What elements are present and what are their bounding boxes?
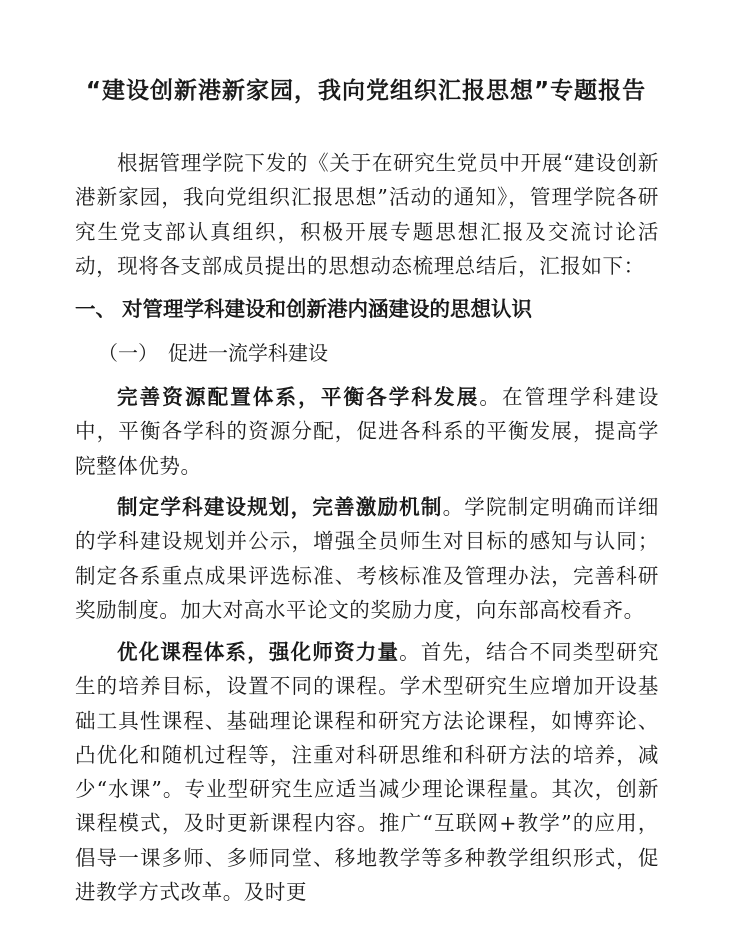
intro-paragraph: 根据管理学院下发的《关于在研究生党员中开展“建设创新港新家园，我向党组织汇报思想… bbox=[75, 146, 659, 283]
paragraph-lead: 制定学科建设规划，完善激励机制 bbox=[117, 495, 443, 519]
document-page: “建设创新港新家园，我向党组织汇报思想”专题报告 根据管理学院下发的《关于在研究… bbox=[0, 0, 732, 950]
paragraph-discipline-planning: 制定学科建设规划，完善激励机制。学院制定明确而详细的学科建设规划并公示，增强全员… bbox=[75, 490, 659, 627]
paragraph-lead: 优化课程体系，强化师资力量 bbox=[117, 640, 399, 664]
paragraph-resource-allocation: 完善资源配置体系，平衡各学科发展。在管理学科建设中，平衡各学科的资源分配，促进各… bbox=[75, 380, 659, 483]
paragraph-curriculum: 优化课程体系，强化师资力量。首先，结合不同类型研究生的培养目标，设置不同的课程。… bbox=[75, 635, 659, 909]
document-title: “建设创新港新家园，我向党组织汇报思想”专题报告 bbox=[0, 76, 732, 106]
subsection-title: 促进一流学科建设 bbox=[168, 341, 328, 365]
subsection-number: （一） bbox=[98, 341, 158, 365]
subsection-heading-1: （一）促进一流学科建设 bbox=[98, 338, 498, 368]
paragraph-lead: 完善资源配置体系，平衡各学科发展 bbox=[117, 385, 479, 409]
section-number: 一、 bbox=[75, 297, 116, 321]
section-heading-1: 一、对管理学科建设和创新港内涵建设的思想认识 bbox=[75, 294, 675, 324]
section-title: 对管理学科建设和创新港内涵建设的思想认识 bbox=[122, 297, 532, 321]
paragraph-body: 。首先，结合不同类型研究生的培养目标，设置不同的课程。学术型研究生应增加开设基础… bbox=[75, 640, 659, 904]
